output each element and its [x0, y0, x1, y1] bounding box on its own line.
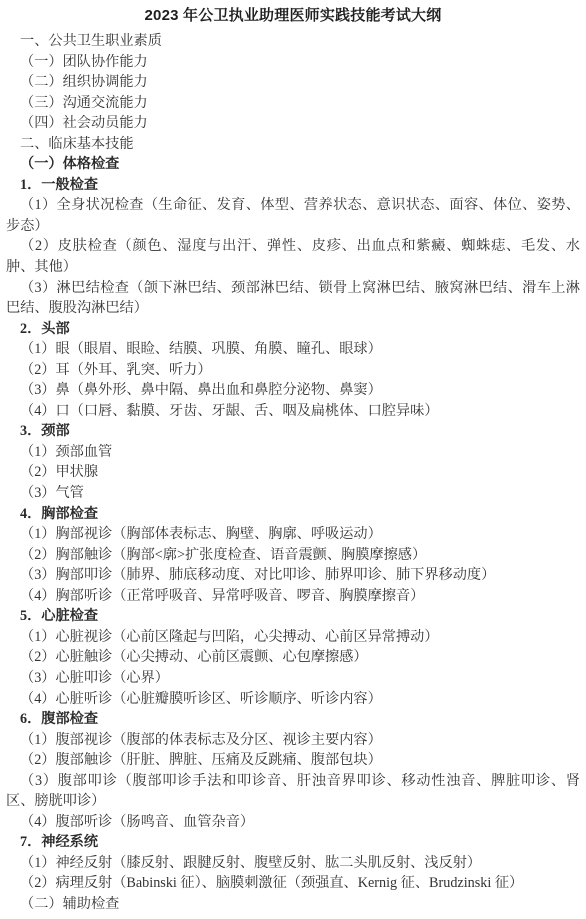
outline-item: （3）气管 — [6, 483, 580, 504]
outline-item: （2）甲状腺 — [6, 462, 580, 483]
outline-item: （三）沟通交流能力 — [6, 93, 580, 114]
outline-item: （1）眼（眼眉、眼睑、结膜、巩膜、角膜、瞳孔、眼球） — [6, 339, 580, 360]
outline-item: （3）腹部叩诊（腹部叩诊手法和叩诊音、肝浊音界叩诊、移动性浊音、脾脏叩诊、肾区、… — [6, 771, 580, 812]
outline-item: 一、公共卫生职业素质 — [6, 31, 580, 52]
outline-item: （2）胸部触诊（胸部<廓>扩张度检查、语音震颤、胸膜摩擦感） — [6, 545, 580, 566]
outline-heading: 4．胸部检查 — [6, 504, 580, 525]
outline-item: （4）腹部听诊（肠鸣音、血管杂音） — [6, 812, 580, 833]
document-body: 一、公共卫生职业素质（一）团队协作能力（二）组织协调能力（三）沟通交流能力（四）… — [6, 31, 580, 915]
outline-item: （3）心脏叩诊（心界） — [6, 668, 580, 689]
outline-item: （3）鼻（鼻外形、鼻中隔、鼻出血和鼻腔分泌物、鼻窦） — [6, 380, 580, 401]
outline-item: （3）胸部叩诊（肺界、肺底移动度、对比叩诊、肺界叩诊、肺下界移动度） — [6, 565, 580, 586]
outline-item: （2）皮肤检查（颜色、湿度与出汗、弹性、皮疹、出血点和紫癜、蜘蛛痣、毛发、水肿、… — [6, 236, 580, 277]
outline-heading: 1．一般检查 — [6, 175, 580, 196]
outline-item: （1）胸部视诊（胸部体表标志、胸壁、胸廓、呼吸运动） — [6, 524, 580, 545]
outline-heading: 2．头部 — [6, 319, 580, 340]
outline-item: （2）病理反射（Babinski 征）、脑膜刺激征（颈强直、Kernig 征、B… — [6, 873, 580, 894]
outline-heading: 5．心脏检查 — [6, 606, 580, 627]
document-page: 2023 年公卫执业助理医师实践技能考试大纲 一、公共卫生职业素质（一）团队协作… — [0, 0, 586, 919]
outline-heading: 3．颈部 — [6, 421, 580, 442]
outline-item: （2）耳（外耳、乳突、听力） — [6, 360, 580, 381]
outline-heading: （一）体格检查 — [6, 154, 580, 175]
outline-item: （四）社会动员能力 — [6, 113, 580, 134]
outline-item: （2）心脏触诊（心尖搏动、心前区震颤、心包摩擦感） — [6, 647, 580, 668]
outline-heading: 6．腹部检查 — [6, 709, 580, 730]
outline-item: （2）腹部触诊（肝脏、脾脏、压痛及反跳痛、腹部包块） — [6, 750, 580, 771]
outline-item: （1）腹部视诊（腹部的体表标志及分区、视诊主要内容） — [6, 730, 580, 751]
outline-item: （二）辅助检查 — [6, 894, 580, 915]
outline-item: （4）胸部听诊（正常呼吸音、异常呼吸音、啰音、胸膜摩擦音） — [6, 586, 580, 607]
outline-item: （一）团队协作能力 — [6, 52, 580, 73]
outline-item: （4）口（口唇、黏膜、牙齿、牙龈、舌、咽及扁桃体、口腔异味） — [6, 401, 580, 422]
document-title: 2023 年公卫执业助理医师实践技能考试大纲 — [6, 4, 580, 28]
outline-item: （3）淋巴结检查（颌下淋巴结、颈部淋巴结、锁骨上窝淋巴结、腋窝淋巴结、滑车上淋巴… — [6, 278, 580, 319]
outline-heading: 7．神经系统 — [6, 832, 580, 853]
outline-item: （二）组织协调能力 — [6, 72, 580, 93]
outline-item: （1）神经反射（膝反射、跟腱反射、腹壁反射、肱二头肌反射、浅反射） — [6, 853, 580, 874]
outline-item: （4）心脏听诊（心脏瓣膜听诊区、听诊顺序、听诊内容） — [6, 689, 580, 710]
outline-item: （1）心脏视诊（心前区隆起与凹陷，心尖搏动、心前区异常搏动） — [6, 627, 580, 648]
outline-item: 二、临床基本技能 — [6, 134, 580, 155]
outline-item: （1）颈部血管 — [6, 442, 580, 463]
outline-item: （1）全身状况检查（生命征、发育、体型、营养状态、意识状态、面容、体位、姿势、步… — [6, 195, 580, 236]
